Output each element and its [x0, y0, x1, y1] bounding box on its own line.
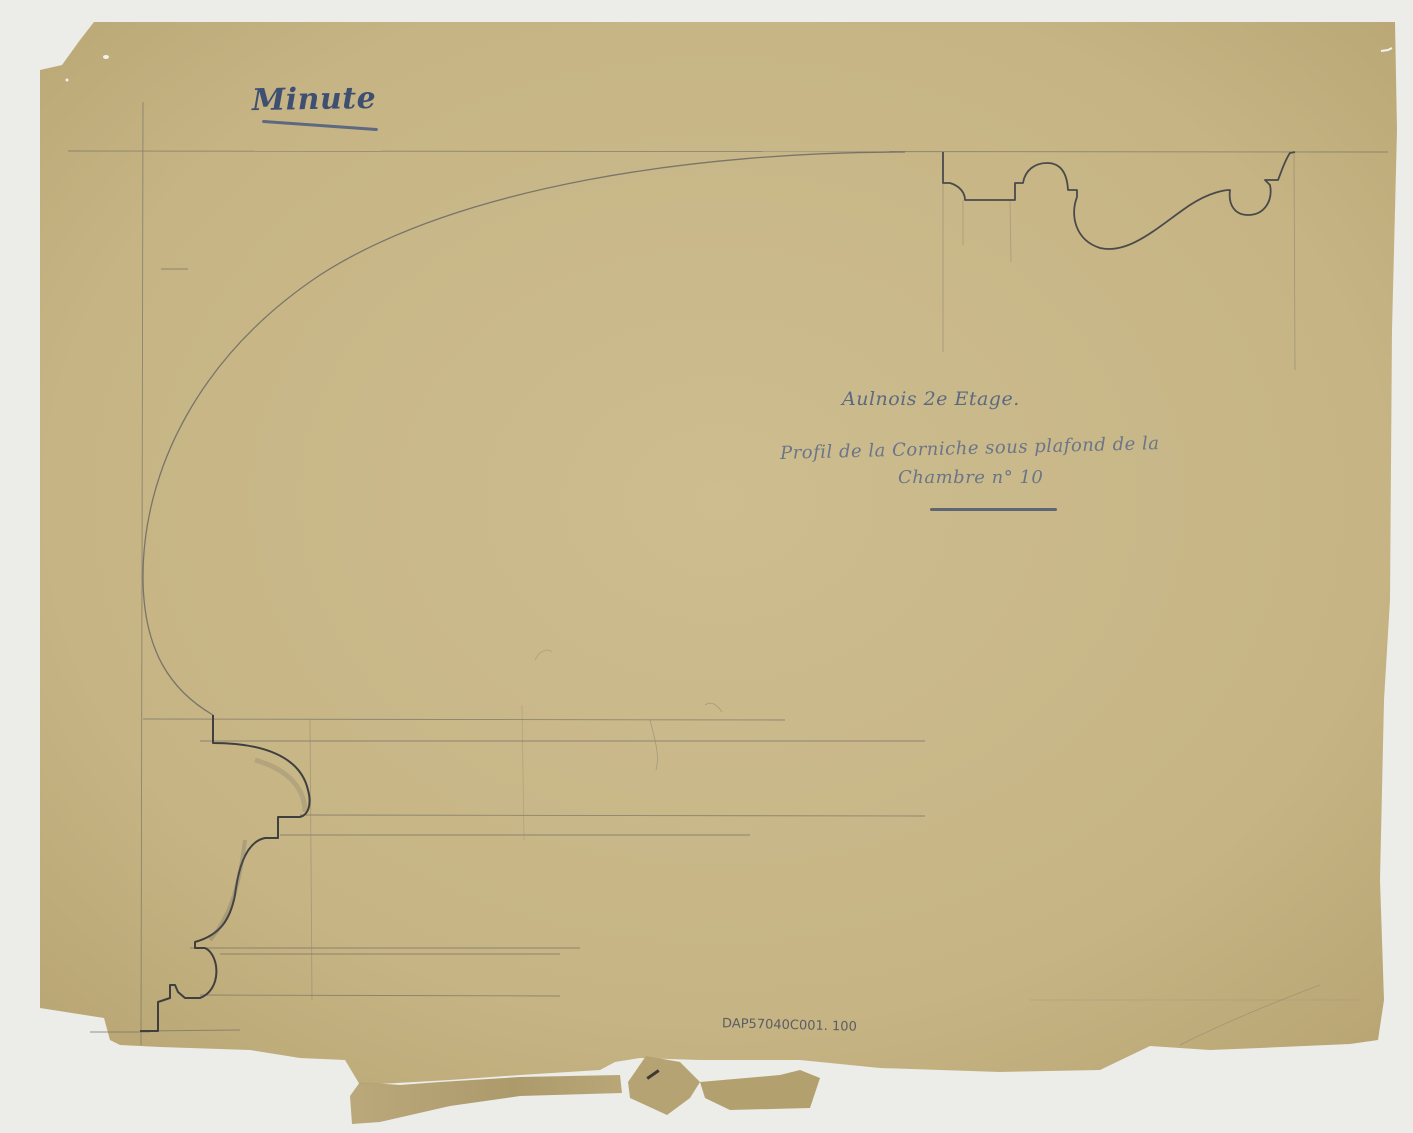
- torn-fragment-middle: [628, 1056, 700, 1115]
- header-label-minute: Minute: [252, 81, 377, 118]
- drawing-sheet: Minute Aulnois 2e Etage. Profil de la Co…: [0, 0, 1413, 1133]
- description-line-2: Chambre n° 10: [898, 467, 1043, 488]
- architectural-drawing: [0, 0, 1413, 1133]
- torn-fragment-right: [700, 1070, 820, 1110]
- location-label: Aulnois 2e Etage.: [842, 388, 1020, 410]
- description-underline: [930, 508, 1057, 511]
- paper-sheet: [40, 22, 1397, 1085]
